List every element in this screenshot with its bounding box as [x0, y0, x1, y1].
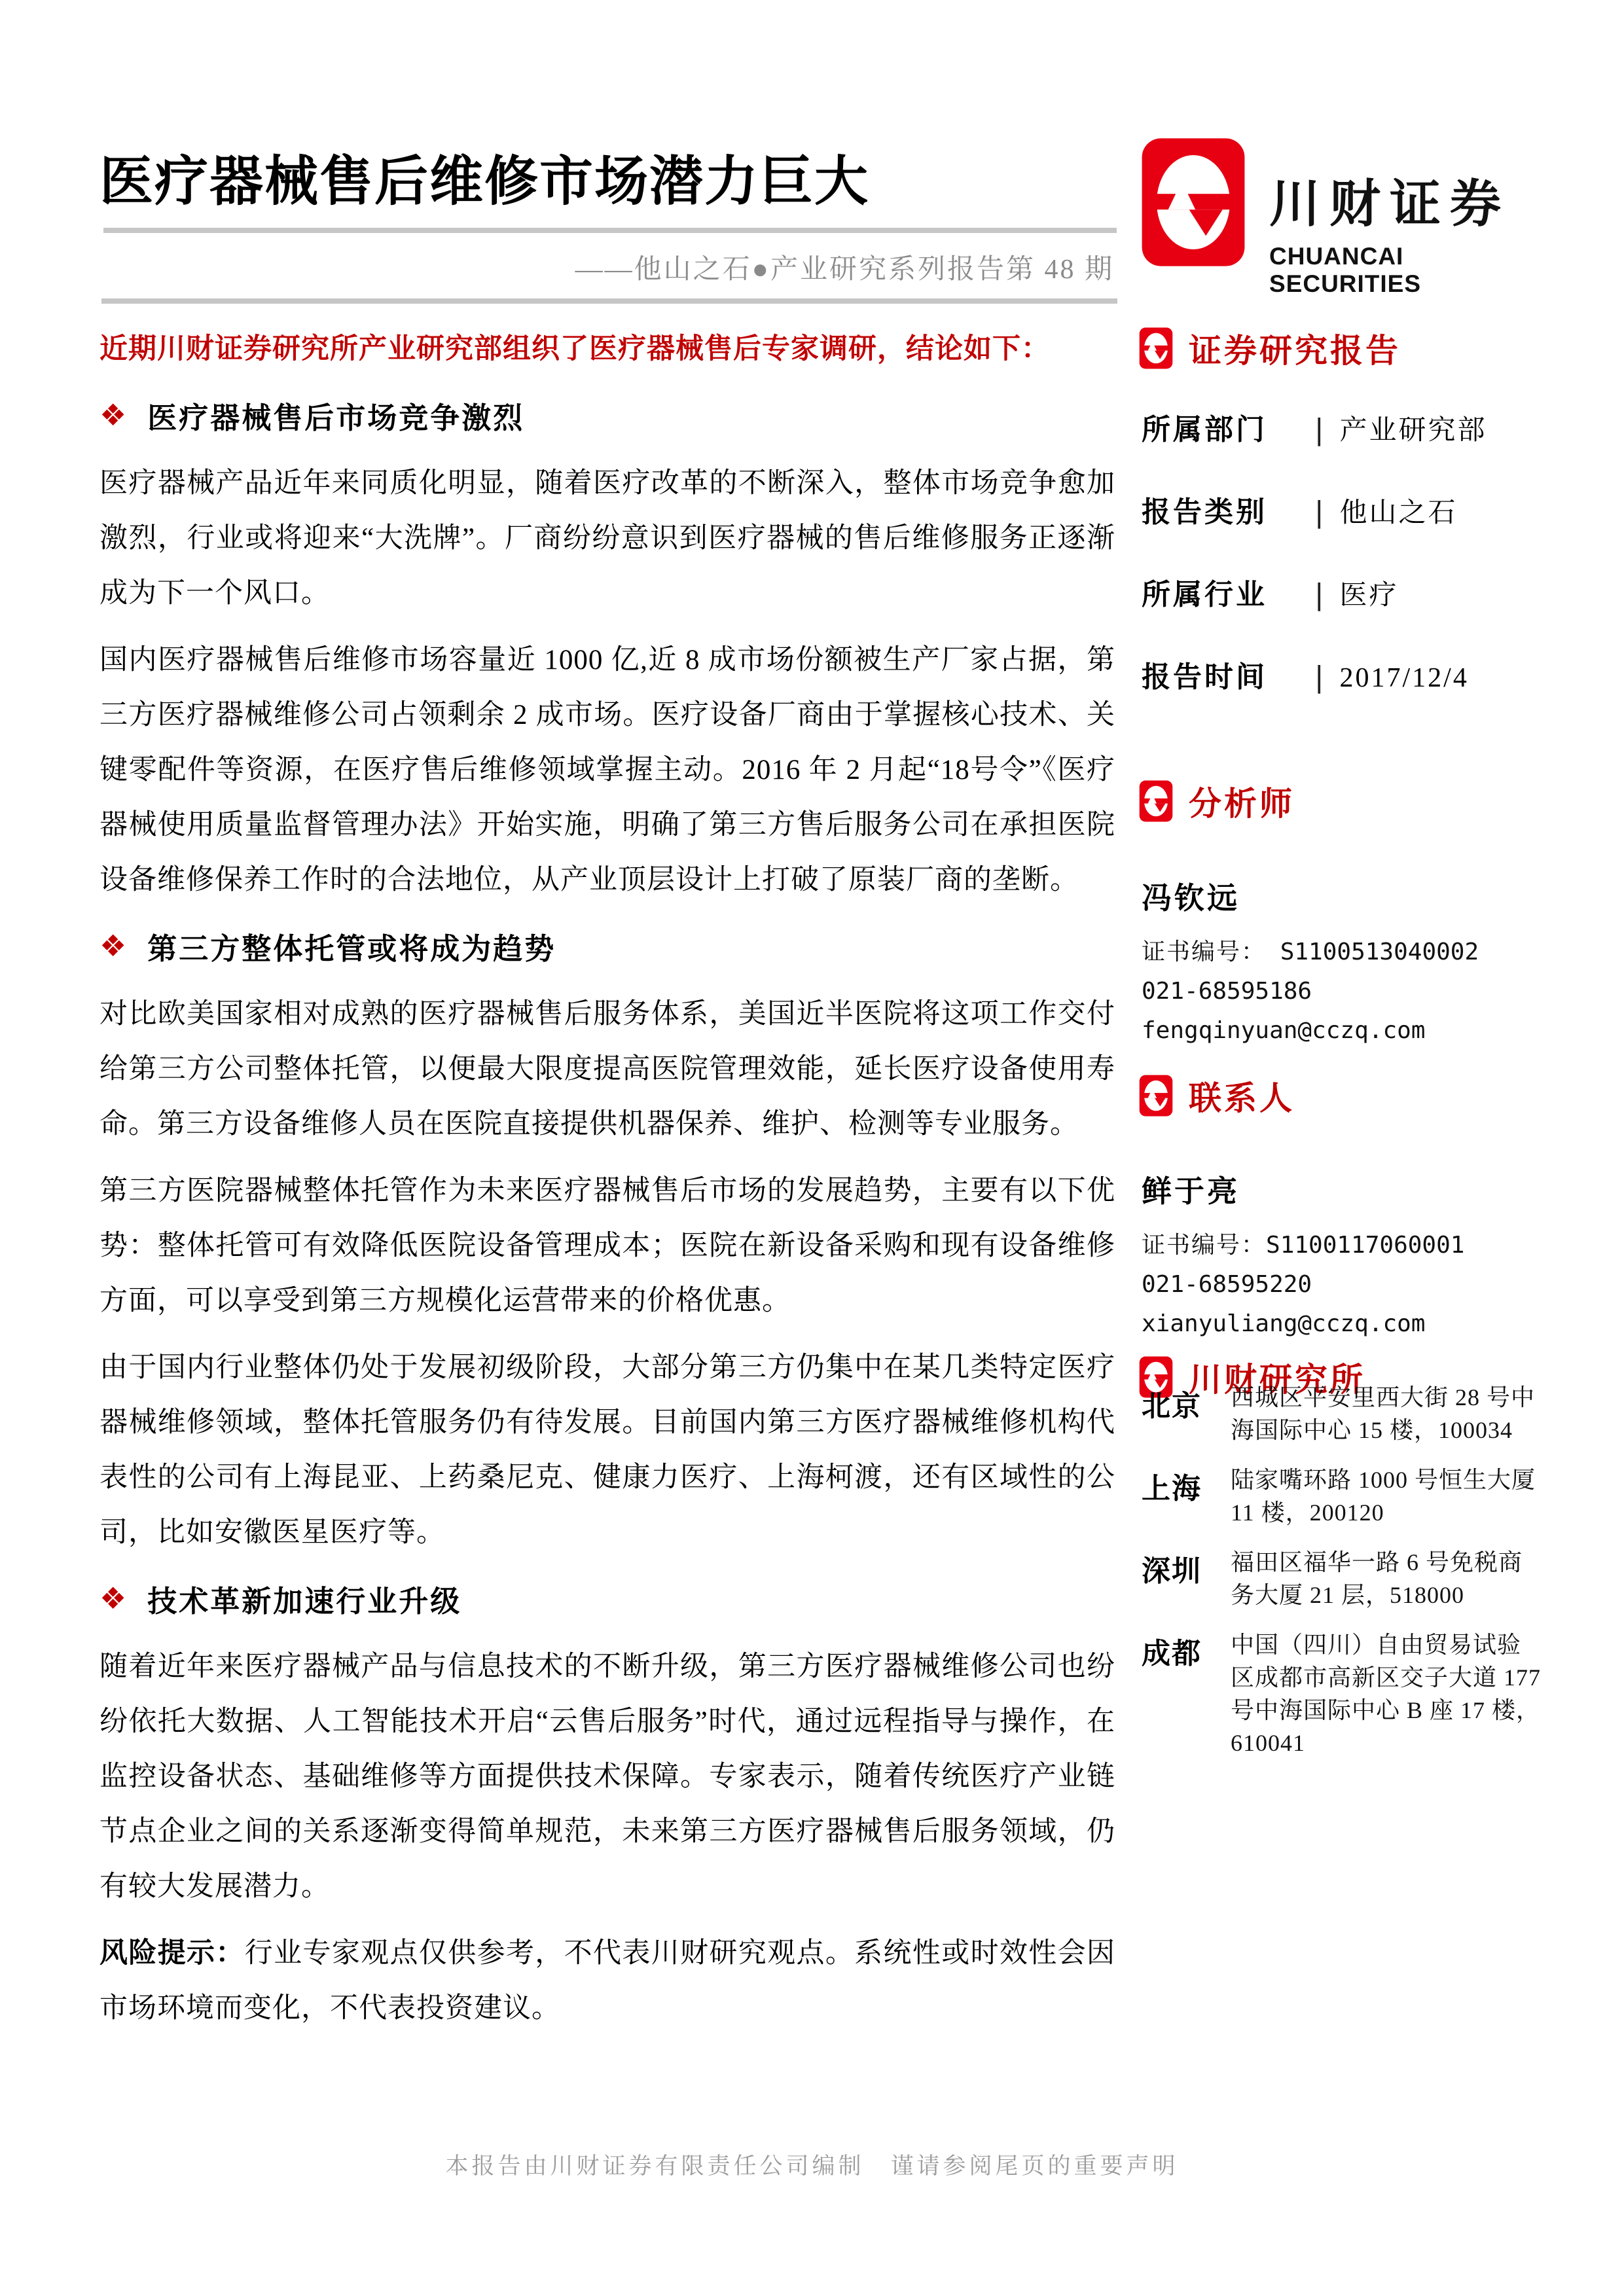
diamond-bullet-icon: ❖: [99, 396, 126, 435]
office-list: 北京 西城区平安里西大街 28 号中海国际中心 15 楼，100034 上海 陆…: [1142, 1381, 1545, 1776]
meta-label: 所属部门: [1142, 406, 1310, 448]
contact-phone: 021-68595220: [1142, 1265, 1534, 1304]
office-city: 上海: [1142, 1463, 1231, 1529]
meta-value: 他山之石: [1340, 491, 1458, 530]
sidebar-section-report: 证券研究报告: [1139, 325, 1401, 372]
brand-text: 川财证券 CHUANCAI SECURITIES: [1269, 163, 1560, 298]
intro-line: 近期川财证券研究所产业研究部组织了医疗器械售后专家调研，结论如下：: [99, 322, 1115, 377]
cert-number: S1100117060001: [1266, 1232, 1464, 1259]
cert-label: 证书编号：: [1142, 1232, 1266, 1258]
pipe-separator: |: [1310, 578, 1328, 611]
report-page: 医疗器械售后维修市场潜力巨大 川财证券 CHUANCAI SECURITIES …: [0, 0, 1624, 2296]
meta-value: 2017/12/4: [1340, 662, 1469, 694]
paragraph: 医疗器械产品近年来同质化明显，随着医疗改革的不断深入，整体市场竞争愈加激烈，行业…: [99, 456, 1115, 621]
office-row: 深圳 福田区福华一路 6 号免税商务大厦 21 层，518000: [1142, 1546, 1545, 1611]
contact-cert: 证书编号：S1100117060001: [1142, 1225, 1534, 1265]
risk-label: 风险提示：: [99, 1938, 245, 1969]
office-city: 深圳: [1142, 1546, 1231, 1611]
main-content: 近期川财证券研究所产业研究部组织了医疗器械售后专家调研，结论如下： ❖ 医疗器械…: [99, 322, 1115, 2048]
section-title: 技术革新加速行业升级: [147, 1577, 461, 1620]
paragraph: 随着近年来医疗器械产品与信息技术的不断升级，第三方医疗器械维修公司也纷纷依托大数…: [99, 1640, 1115, 1914]
page-subtitle: ——他山之石●产业研究系列报告第 48 期: [98, 247, 1114, 287]
footer-disclaimer: 本报告由川财证券有限责任公司编制 谨请参阅尾页的重要声明: [0, 2148, 1624, 2181]
header-divider-top: [103, 228, 1117, 233]
sidebar-section-contact: 联系人: [1139, 1072, 1295, 1119]
office-row: 上海 陆家嘴环路 1000 号恒生大厦 11 楼，200120: [1142, 1463, 1545, 1529]
cert-number: S1100513040002: [1280, 939, 1479, 965]
diamond-bullet-icon: ❖: [99, 1579, 126, 1619]
header-divider-bottom: [101, 298, 1117, 304]
analyst-email: fengqinyuan@cczq.com: [1142, 1011, 1534, 1050]
meta-row: 所属部门 | 产业研究部: [1142, 406, 1534, 448]
paragraph: 由于国内行业整体仍处于发展初级阶段，大部分第三方仍集中在某几类特定医疗器械维修领…: [99, 1340, 1115, 1560]
sidebar-section-analyst: 分析师: [1139, 778, 1295, 825]
pipe-separator: |: [1310, 660, 1328, 694]
section-title: 第三方整体托管或将成为趋势: [147, 925, 556, 967]
brand-mini-logo-icon: [1139, 780, 1173, 822]
sidebar-section-title: 证券研究报告: [1189, 325, 1401, 372]
sidebar-section-title: 分析师: [1189, 778, 1295, 825]
cert-label: 证书编号：: [1142, 939, 1266, 965]
brand-name-cn: 川财证券: [1269, 163, 1560, 236]
section-heading: ❖ 第三方整体托管或将成为趋势: [99, 925, 1115, 967]
diamond-bullet-icon: ❖: [99, 927, 126, 966]
office-row: 成都 中国（四川）自由贸易试验区成都市高新区交子大道 177 号中海国际中心 B…: [1142, 1628, 1545, 1759]
meta-label: 报告类别: [1142, 488, 1310, 530]
meta-value: 产业研究部: [1340, 408, 1487, 448]
risk-paragraph: 风险提示：行业专家观点仅供参考，不代表川财研究观点。系统性或时效性会因市场环境而…: [99, 1926, 1115, 2036]
meta-value: 医疗: [1340, 573, 1399, 613]
meta-row: 报告时间 | 2017/12/4: [1142, 653, 1534, 695]
contact-email: xianyuliang@cczq.com: [1142, 1304, 1534, 1344]
page-title: 医疗器械售后维修市场潜力巨大: [99, 139, 869, 215]
pipe-separator: |: [1310, 413, 1328, 446]
meta-row: 报告类别 | 他山之石: [1142, 488, 1534, 530]
brand-name-en: CHUANCAI SECURITIES: [1269, 243, 1560, 298]
paragraph: 国内医疗器械售后维修市场容量近 1000 亿,近 8 成市场份额被生产厂家占据，…: [99, 633, 1115, 908]
office-address: 西城区平安里西大街 28 号中海国际中心 15 楼，100034: [1231, 1381, 1545, 1446]
risk-text: 行业专家观点仅供参考，不代表川财研究观点。系统性或时效性会因市场环境而变化，不代…: [99, 1938, 1115, 2024]
sidebar-section-title: 联系人: [1189, 1072, 1295, 1119]
contact-name: 鲜于亮: [1142, 1168, 1534, 1211]
office-city: 成都: [1142, 1628, 1231, 1759]
report-meta-list: 所属部门 | 产业研究部 报告类别 | 他山之石 所属行业 | 医疗 报告时间 …: [1142, 406, 1534, 736]
contact-card: 鲜于亮 证书编号：S1100117060001 021-68595220 xia…: [1142, 1168, 1534, 1344]
office-address: 中国（四川）自由贸易试验区成都市高新区交子大道 177 号中海国际中心 B 座 …: [1231, 1628, 1545, 1759]
analyst-cert: 证书编号： S1100513040002: [1142, 932, 1534, 972]
analyst-name: 冯钦远: [1142, 874, 1534, 918]
meta-row: 所属行业 | 医疗: [1142, 571, 1534, 613]
pipe-separator: |: [1310, 495, 1328, 529]
paragraph: 第三方医院器械整体托管作为未来医疗器械售后市场的发展趋势，主要有以下优势：整体托…: [99, 1164, 1115, 1329]
meta-label: 报告时间: [1142, 653, 1310, 695]
brand-mini-logo-icon: [1139, 1075, 1173, 1117]
paragraph: 对比欧美国家相对成熟的医疗器械售后服务体系，美国近半医院将这项工作交付给第三方公…: [99, 987, 1115, 1152]
office-address: 福田区福华一路 6 号免税商务大厦 21 层，518000: [1231, 1546, 1545, 1611]
section-heading: ❖ 技术革新加速行业升级: [99, 1577, 1115, 1620]
office-city: 北京: [1142, 1381, 1231, 1446]
brand-logo-icon: [1141, 134, 1246, 270]
analyst-phone: 021-68595186: [1142, 972, 1534, 1011]
section-heading: ❖ 医疗器械售后市场竞争激烈: [99, 394, 1115, 437]
section-title: 医疗器械售后市场竞争激烈: [147, 394, 524, 437]
analyst-card: 冯钦远 证书编号： S1100513040002 021-68595186 fe…: [1142, 874, 1534, 1050]
office-row: 北京 西城区平安里西大街 28 号中海国际中心 15 楼，100034: [1142, 1381, 1545, 1446]
meta-label: 所属行业: [1142, 571, 1310, 613]
office-address: 陆家嘴环路 1000 号恒生大厦 11 楼，200120: [1231, 1463, 1545, 1529]
brand-block: 川财证券 CHUANCAI SECURITIES: [1141, 134, 1560, 298]
brand-mini-logo-icon: [1139, 327, 1173, 369]
